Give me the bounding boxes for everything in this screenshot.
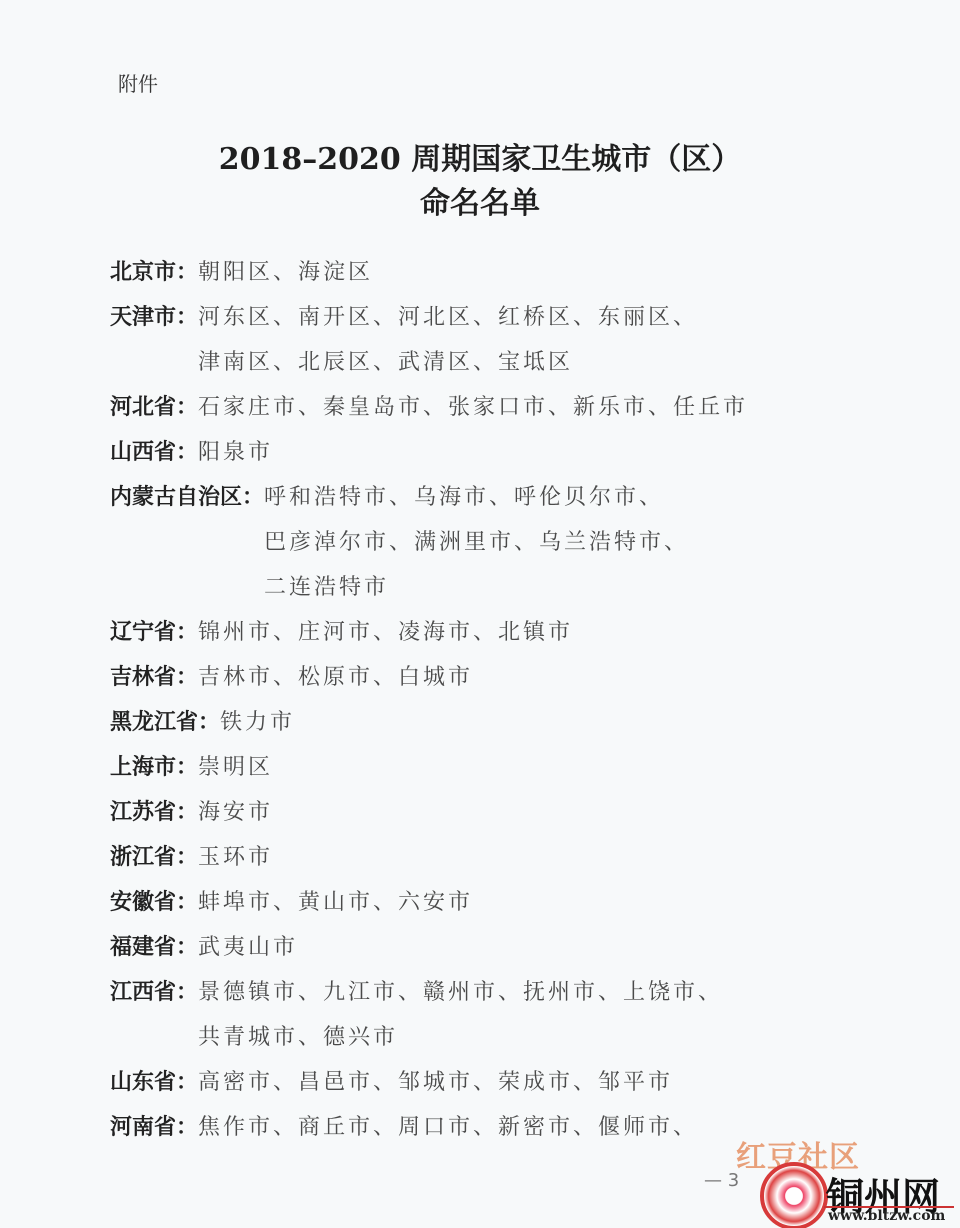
city-list: 吉林市、松原市、白城市 <box>198 655 473 700</box>
province-label: 吉林省： <box>110 655 198 700</box>
city-line: 二连浩特市 <box>264 565 689 610</box>
watermark: 红豆社区 铜州网 www.bltzw.com <box>720 1132 960 1228</box>
city-list: 朝阳区、海淀区 <box>198 250 373 295</box>
city-line: 石家庄市、秦皇岛市、张家口市、新乐市、任丘市 <box>198 385 748 430</box>
list-item: 江苏省：海安市 <box>110 790 870 835</box>
city-list: 崇明区 <box>198 745 273 790</box>
list-item: 上海市：崇明区 <box>110 745 870 790</box>
city-line: 海安市 <box>198 790 273 835</box>
city-list: 海安市 <box>198 790 273 835</box>
city-line: 吉林市、松原市、白城市 <box>198 655 473 700</box>
list-item: 浙江省：玉环市 <box>110 835 870 880</box>
city-list: 河东区、南开区、河北区、红桥区、东丽区、津南区、北辰区、武清区、宝坻区 <box>198 295 698 385</box>
list-item: 山东省：高密市、昌邑市、邹城市、荣成市、邹平市 <box>110 1060 870 1105</box>
province-label: 浙江省： <box>110 835 198 880</box>
city-list: 呼和浩特市、乌海市、呼伦贝尔市、巴彦淖尔市、满洲里市、乌兰浩特市、二连浩特市 <box>264 475 689 610</box>
province-label: 天津市： <box>110 295 198 340</box>
entries-list: 北京市：朝阳区、海淀区天津市：河东区、南开区、河北区、红桥区、东丽区、津南区、北… <box>110 250 870 1150</box>
province-label: 江苏省： <box>110 790 198 835</box>
city-line: 蚌埠市、黄山市、六安市 <box>198 880 473 925</box>
province-label: 山东省： <box>110 1060 198 1105</box>
province-label: 山西省： <box>110 430 198 475</box>
list-item: 江西省：景德镇市、九江市、赣州市、抚州市、上饶市、共青城市、德兴市 <box>110 970 870 1060</box>
province-label: 北京市： <box>110 250 198 295</box>
document-title-line2: 命名名单 <box>0 178 960 222</box>
city-line: 朝阳区、海淀区 <box>198 250 373 295</box>
list-item: 内蒙古自治区：呼和浩特市、乌海市、呼伦贝尔市、巴彦淖尔市、满洲里市、乌兰浩特市、… <box>110 475 870 610</box>
city-list: 玉环市 <box>198 835 273 880</box>
city-list: 武夷山市 <box>198 925 298 970</box>
city-line: 巴彦淖尔市、满洲里市、乌兰浩特市、 <box>264 520 689 565</box>
city-line: 崇明区 <box>198 745 273 790</box>
list-item: 吉林省：吉林市、松原市、白城市 <box>110 655 870 700</box>
list-item: 天津市：河东区、南开区、河北区、红桥区、东丽区、津南区、北辰区、武清区、宝坻区 <box>110 295 870 385</box>
list-item: 安徽省：蚌埠市、黄山市、六安市 <box>110 880 870 925</box>
city-line: 共青城市、德兴市 <box>198 1015 723 1060</box>
province-label: 辽宁省： <box>110 610 198 655</box>
city-line: 阳泉市 <box>198 430 273 475</box>
list-item: 北京市：朝阳区、海淀区 <box>110 250 870 295</box>
city-line: 津南区、北辰区、武清区、宝坻区 <box>198 340 698 385</box>
city-line: 呼和浩特市、乌海市、呼伦贝尔市、 <box>264 475 689 520</box>
province-label: 上海市： <box>110 745 198 790</box>
list-item: 山西省：阳泉市 <box>110 430 870 475</box>
list-item: 河北省：石家庄市、秦皇岛市、张家口市、新乐市、任丘市 <box>110 385 870 430</box>
city-list: 石家庄市、秦皇岛市、张家口市、新乐市、任丘市 <box>198 385 748 430</box>
seal-icon <box>760 1162 828 1228</box>
city-line: 锦州市、庄河市、凌海市、北镇市 <box>198 610 573 655</box>
city-list: 阳泉市 <box>198 430 273 475</box>
city-list: 锦州市、庄河市、凌海市、北镇市 <box>198 610 573 655</box>
province-label: 江西省： <box>110 970 198 1015</box>
city-line: 高密市、昌邑市、邹城市、荣成市、邹平市 <box>198 1060 673 1105</box>
city-line: 铁力市 <box>220 700 295 745</box>
province-label: 内蒙古自治区： <box>110 475 264 520</box>
city-line: 河东区、南开区、河北区、红桥区、东丽区、 <box>198 295 698 340</box>
province-label: 河南省： <box>110 1105 198 1150</box>
city-line: 景德镇市、九江市、赣州市、抚州市、上饶市、 <box>198 970 723 1015</box>
city-list: 高密市、昌邑市、邹城市、荣成市、邹平市 <box>198 1060 673 1105</box>
watermark-url: www.bltzw.com <box>828 1208 945 1224</box>
list-item: 辽宁省：锦州市、庄河市、凌海市、北镇市 <box>110 610 870 655</box>
list-item: 福建省：武夷山市 <box>110 925 870 970</box>
document-title-line1: 2018–2020 周期国家卫生城市（区） <box>0 134 960 178</box>
province-label: 福建省： <box>110 925 198 970</box>
province-label: 黑龙江省： <box>110 700 220 745</box>
city-list: 铁力市 <box>220 700 295 745</box>
list-item: 黑龙江省：铁力市 <box>110 700 870 745</box>
city-list: 景德镇市、九江市、赣州市、抚州市、上饶市、共青城市、德兴市 <box>198 970 723 1060</box>
province-label: 河北省： <box>110 385 198 430</box>
city-line: 武夷山市 <box>198 925 298 970</box>
city-list: 焦作市、商丘市、周口市、新密市、偃师市、 <box>198 1105 698 1150</box>
attachment-label: 附件 <box>118 68 158 97</box>
city-line: 玉环市 <box>198 835 273 880</box>
province-label: 安徽省： <box>110 880 198 925</box>
city-list: 蚌埠市、黄山市、六安市 <box>198 880 473 925</box>
city-line: 焦作市、商丘市、周口市、新密市、偃师市、 <box>198 1105 698 1150</box>
